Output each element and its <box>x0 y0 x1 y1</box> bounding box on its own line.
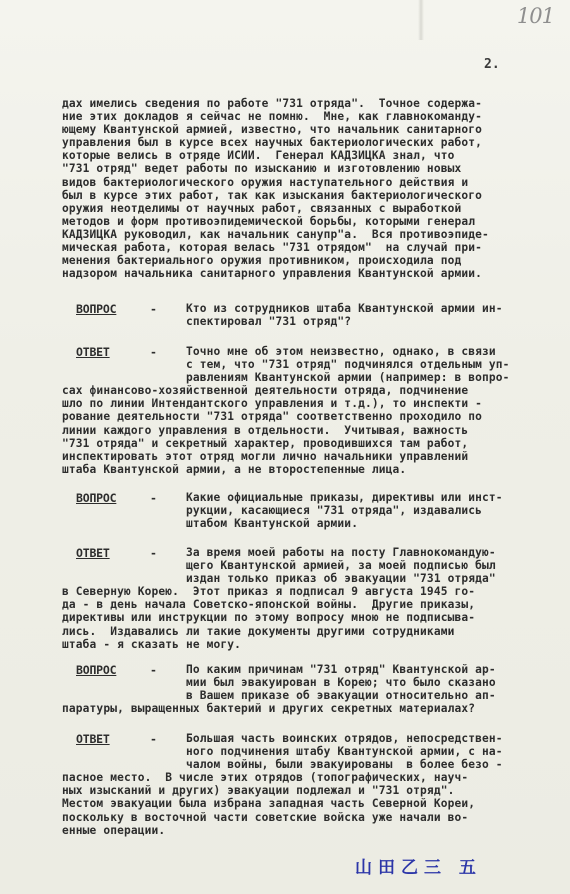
answer-text: Большая часть воинских отрядов, непосред… <box>62 732 503 837</box>
document-page: 101 2. дах имелись сведения по работе "7… <box>0 0 570 894</box>
paper-fold-mark <box>418 0 424 40</box>
opening-paragraph: дах имелись сведения по работе "731 отря… <box>62 97 489 280</box>
archive-sheet-number: 101 <box>517 4 554 28</box>
handwritten-signature: 山田乙三 五 <box>355 853 482 878</box>
page-number: 2. <box>484 57 500 72</box>
question-text: Какие официальные приказы, директивы или… <box>62 491 503 530</box>
answer-text: За время моей работы на посту Главнокома… <box>62 546 496 651</box>
answer-text: Точно мне об этом неизвестно, однако, в … <box>62 345 510 476</box>
question-text: Кто из сотрудников штаба Квантунской арм… <box>62 302 503 328</box>
question-text: По каким причинам "731 отряд" Квантунско… <box>62 663 496 715</box>
